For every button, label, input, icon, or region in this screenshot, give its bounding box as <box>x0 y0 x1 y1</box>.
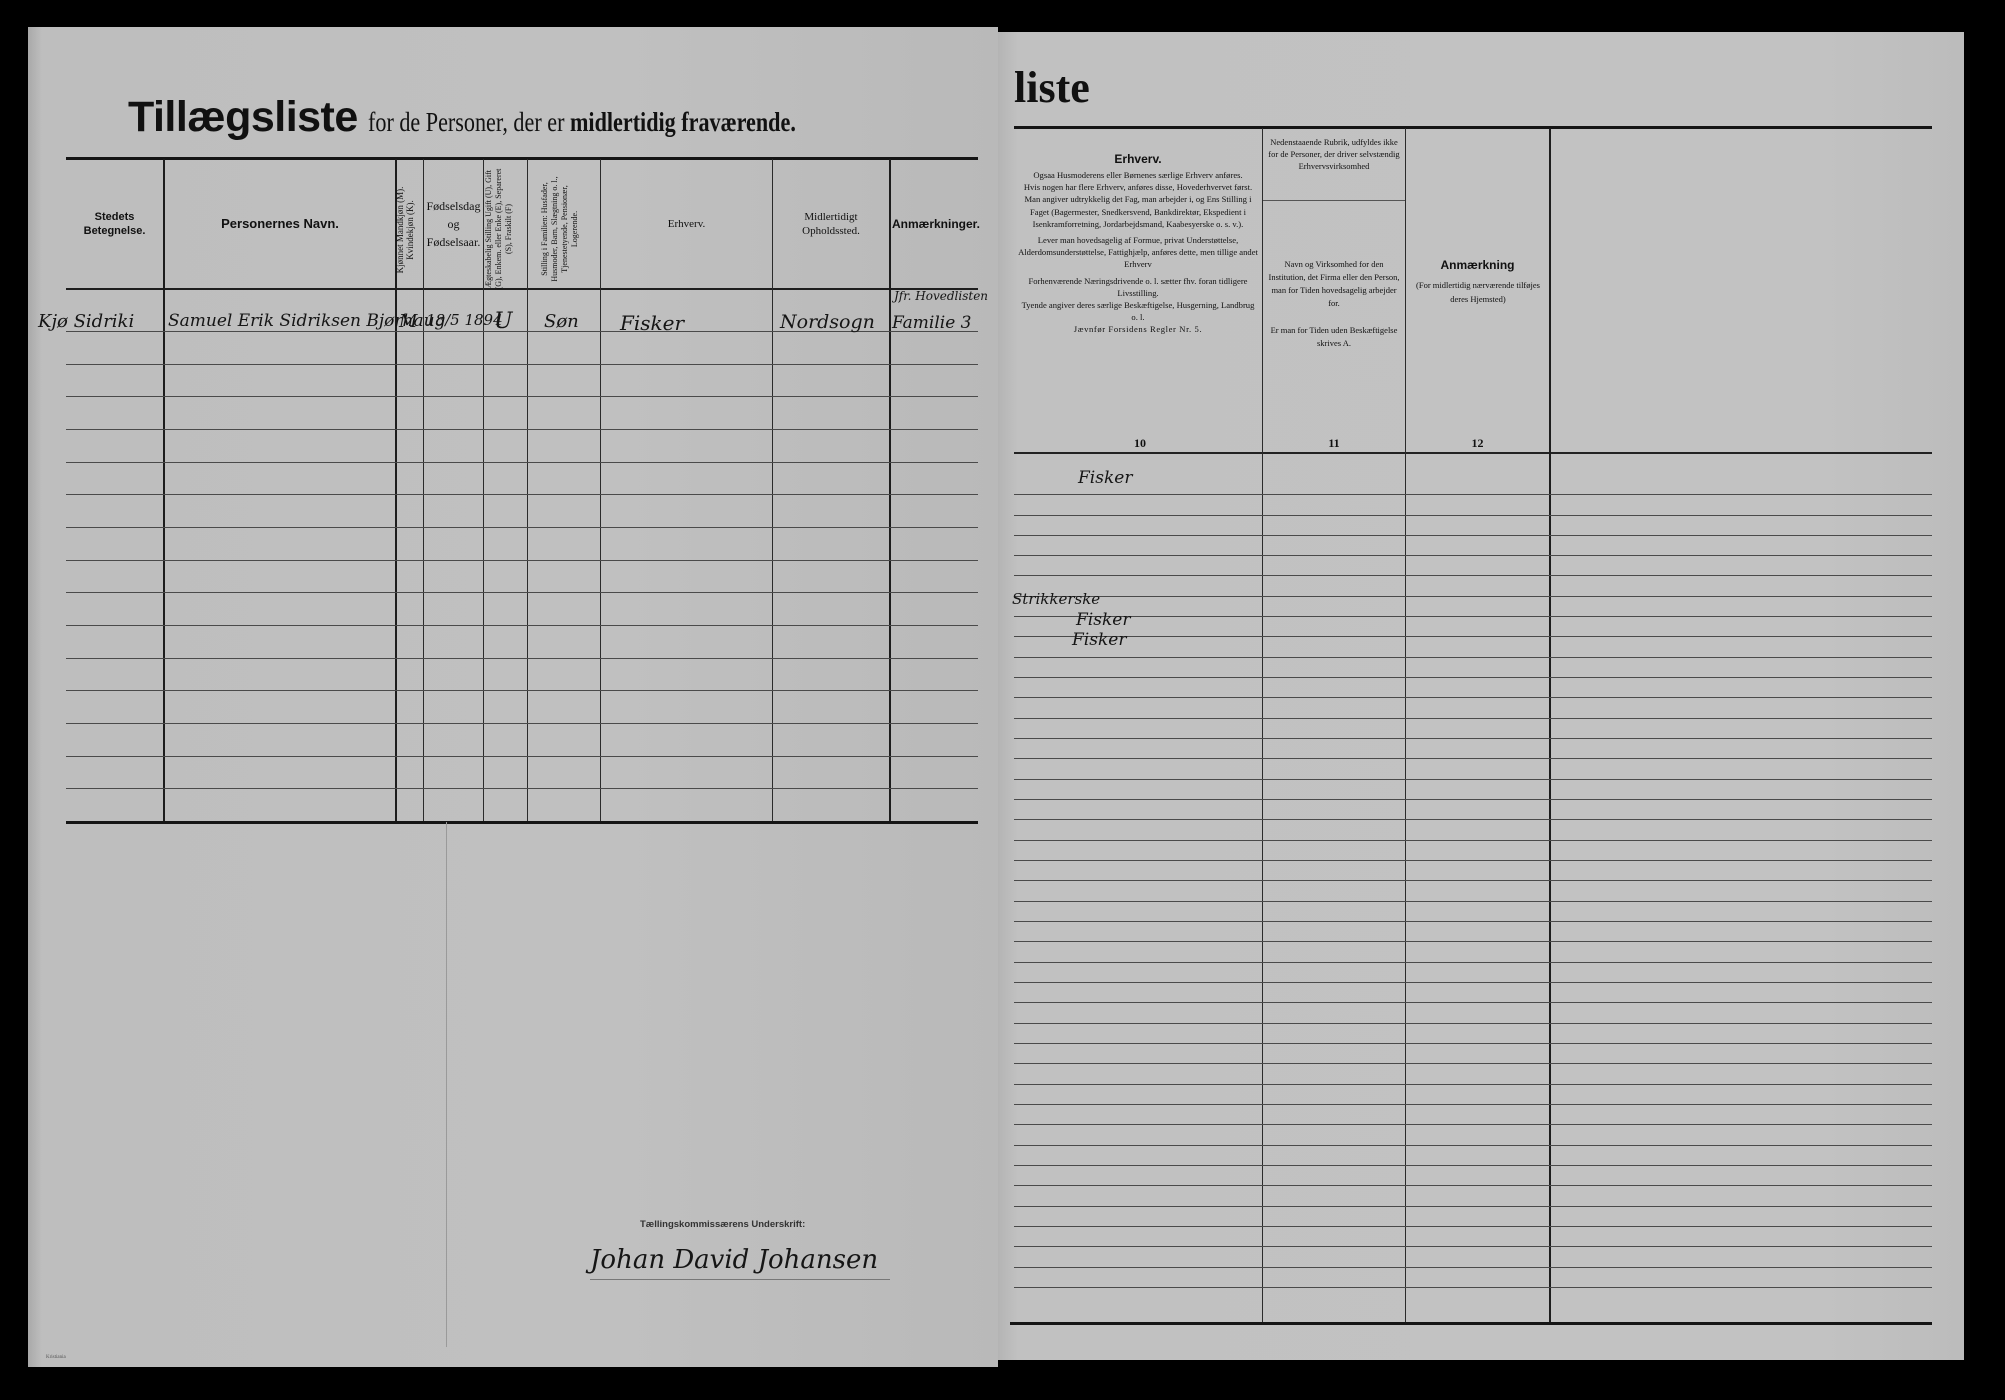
col10-para-4: Lever man hovedsagelig af Formue, privat… <box>1018 234 1258 271</box>
col10-heading: Erhverv. <box>1018 152 1258 166</box>
header-stilling: Stilling i Familien: Husfader, Husmoder,… <box>540 167 588 291</box>
page-title: Tillægsliste for de Personer, der er mid… <box>128 93 890 142</box>
col12-note: (For midlertidig nærværende tilføjes der… <box>1412 278 1544 306</box>
col-divider <box>527 159 528 821</box>
left-page: Tillægsliste for de Personer, der er mid… <box>28 27 998 1367</box>
title-rest-normal: for de Personer, der er <box>368 107 564 137</box>
cell-fodsel: 18/5 1894 <box>426 311 503 329</box>
header-col10: Erhverv. Ogsaa Husmoderens eller Børnene… <box>1018 152 1258 336</box>
cell-stilling: Søn <box>544 311 579 332</box>
col-divider <box>1262 128 1263 1322</box>
cell-anmaerkninger-1: Jfr. Hovedlisten <box>894 289 988 303</box>
col10-para-2: Hvis nogen har flere Erhverv, anføres di… <box>1018 181 1258 193</box>
signature-line <box>590 1279 890 1280</box>
col11-subdivider <box>1263 200 1405 201</box>
title-rest-bold: midlertidig fraværende. <box>570 107 796 137</box>
col10-entry: Fisker <box>1076 610 1130 630</box>
right-page: liste Erhverv. Ogsaa Husmoderens eller B… <box>998 32 1964 1360</box>
col-divider <box>1405 128 1406 1322</box>
header-anmaerkninger: Anmærkninger. <box>890 160 982 288</box>
table-bottom-rule <box>1010 1322 1932 1325</box>
title-main: Tillægsliste <box>128 93 358 141</box>
header-erhverv: Erhverv. <box>601 160 772 288</box>
cell-anmaerkninger-2: Familie 3 <box>892 313 972 333</box>
header-navn: Personernes Navn. <box>165 160 395 288</box>
table-top-rule <box>1014 126 1932 129</box>
cell-aegteskab: U <box>494 309 513 334</box>
col10-para-5: Forhenværende Næringsdrivende o. l. sætt… <box>1018 275 1258 299</box>
signature-label: Tællingskommissærens Underskrift: <box>640 1219 805 1230</box>
cell-kjon: M <box>399 311 417 332</box>
printer-mark: Kristiania <box>46 1355 66 1360</box>
col10-number: 10 <box>1018 436 1262 451</box>
cell-stedets: Kjø Sidriki <box>38 311 134 332</box>
page-title-continued: liste <box>1014 62 1090 113</box>
col10-entry: Strikkerske <box>1012 590 1100 608</box>
header-aegteskab: Ægteskabelig Stilling Ugift (U), Gift (G… <box>484 167 524 291</box>
cell-opholdssted: Nordsogn <box>780 311 875 333</box>
signature: Johan David Johansen <box>590 1245 878 1275</box>
header-kjon: Kjønnet Mandkjøn (M). Kvindekjøn (K). <box>395 168 421 292</box>
col11-number: 11 <box>1263 436 1405 451</box>
col10-entry: Fisker <box>1078 468 1132 488</box>
header-fodsel: Fødselsdag og Fødselsaar. <box>424 160 483 288</box>
col12-heading: Anmærkning <box>1406 258 1549 272</box>
col11-body: Navn og Virksomhed for den Institution, … <box>1266 258 1402 310</box>
header-stedets: Stedets Betegnelse. <box>66 160 163 288</box>
col12-number: 12 <box>1406 436 1549 451</box>
header-bottom-rule <box>1014 452 1932 454</box>
faint-fold-line <box>446 822 447 1347</box>
cell-erhverv: Fisker <box>620 311 684 335</box>
col10-entry: Fisker <box>1072 630 1126 650</box>
col10-para-1: Ogsaa Husmoderens eller Børnenes særlige… <box>1018 169 1258 181</box>
col-divider <box>1549 128 1551 1322</box>
col10-para-7: Jævnfør Forsidens Regler Nr. 5. <box>1018 323 1258 335</box>
col11-body2: Er man for Tiden uden Beskæftigelse skri… <box>1266 324 1402 350</box>
col10-para-3: Man angiver udtrykkelig det Fag, man arb… <box>1018 193 1258 230</box>
table-bottom-rule <box>66 821 978 824</box>
col11-top-note: Nedenstaaende Rubrik, udfyldes ikke for … <box>1266 136 1402 172</box>
header-opholdssted: Midlertidigt Opholdssted. <box>773 160 889 288</box>
col10-para-6: Tyende angiver deres særlige Beskæftigel… <box>1018 299 1258 323</box>
